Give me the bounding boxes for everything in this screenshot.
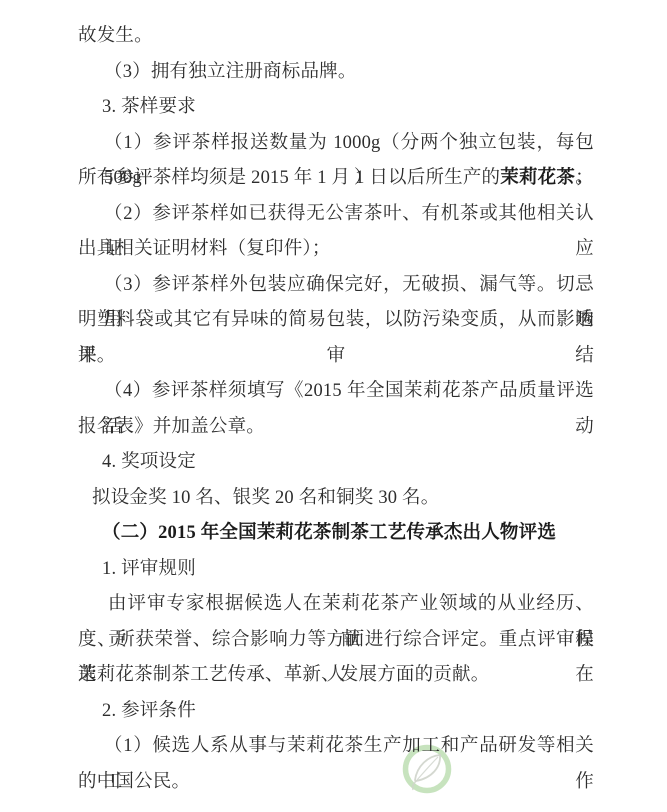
numbered-heading: 2. 参评条件 [78,694,594,730]
paragraph-continuation: 明塑料袋或其它有异味的简易包装，以防污染变质，从而影响评审结 [78,303,594,339]
list-item: （3）拥有独立注册商标品牌。 [78,55,594,91]
paragraph-continuation: 故发生。 [78,19,594,55]
paragraph-continuation: 度、所获荣誉、综合影响力等方面进行综合评定。重点评审候选人在 [78,623,594,659]
numbered-heading: 1. 评审规则 [78,552,594,588]
numbered-heading: 4. 奖项设定 [78,445,594,481]
list-item: （1）候选人系从事与茉莉花茶生产加工和产品研发等相关工作 [78,729,594,765]
paragraph-line: 拟设金奖 10 名、银奖 20 名和铜奖 30 名。 [78,481,594,517]
paragraph-line: 由评审专家根据候选人在茉莉花茶产业领域的从业经历、贡献程 [78,587,594,623]
text-segment: ； [575,168,594,188]
list-item: （4）参评茶样须填写《2015 年全国茉莉花茶产品质量评选活动 [78,374,594,410]
document-page: 故发生。 （3）拥有独立注册商标品牌。 3. 茶样要求 （1）参评茶样报送数量为… [0,0,667,812]
list-item: （2）参评茶样如已获得无公害茶叶、有机茶或其他相关认证应 [78,197,594,233]
text-segment: 所有参评茶样均须是 2015 年 1 月 1 日以后所生产的 [78,168,500,188]
list-item: （3）参评茶样外包装应确保完好，无破损、漏气等。切忌用透 [78,268,594,304]
paragraph-continuation: 所有参评茶样均须是 2015 年 1 月 1 日以后所生产的茉莉花茶； [78,161,594,197]
document-body: 故发生。 （3）拥有独立注册商标品牌。 3. 茶样要求 （1）参评茶样报送数量为… [78,19,594,800]
numbered-heading: 3. 茶样要求 [78,90,594,126]
emphasized-term: 茉莉花茶 [500,168,575,188]
list-item: （1）参评茶样报送数量为 1000g（分两个独立包装，每包 500g）。 [78,126,594,162]
section-heading: （二）2015 年全国茉莉花茶制茶工艺传承杰出人物评选 [78,516,594,552]
